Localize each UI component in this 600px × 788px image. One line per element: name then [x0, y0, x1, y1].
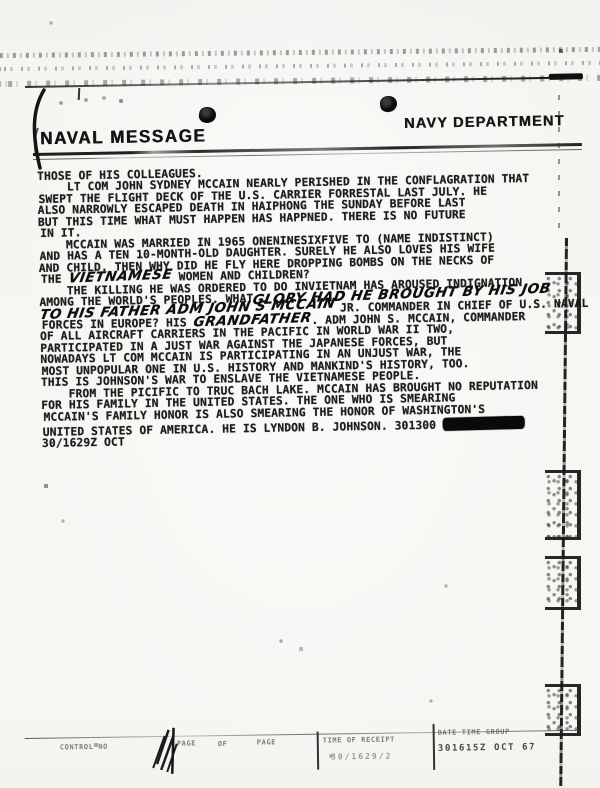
date-time-group-value: 301615Z OCT 67	[438, 742, 536, 753]
handwritten-scribble	[142, 724, 187, 777]
time-of-receipt-value: 30/1629/2	[331, 752, 392, 762]
message-body: THOSE OF HIS COLLEAGUES. LT COM JOHN SYD…	[37, 161, 562, 449]
date-time-group-label: DATE TIME GROUP	[438, 728, 510, 737]
right-margin-marks	[558, 95, 560, 233]
page-label: PAGE	[177, 739, 196, 747]
redaction-block	[443, 416, 525, 431]
control-no-label: CONTROL NO	[60, 743, 108, 752]
department-title: NAVY DEPARTMENT	[404, 113, 565, 132]
form-title: NAVAL MESSAGE	[40, 126, 207, 150]
typed-text: 30/1629Z OCT	[42, 436, 125, 451]
footer-separator	[317, 732, 319, 770]
scan-specks	[0, 0, 2, 2]
binder-tab-mark	[545, 556, 581, 610]
handwritten-text: GRANDFATHER	[193, 313, 313, 328]
time-of-receipt-label: TIME OF RECEIPT	[323, 736, 395, 745]
handwritten-text: VIETNAMESE	[68, 270, 173, 284]
of-label: OF	[218, 740, 228, 748]
footer-separator	[433, 724, 435, 770]
page-label-2: PAGE	[257, 738, 276, 746]
form-footer: CONTROL NO PAGE OF PAGE TIME OF RECEIPT …	[25, 724, 586, 786]
binder-tab-mark	[545, 272, 581, 334]
binder-tab-mark	[545, 470, 581, 540]
